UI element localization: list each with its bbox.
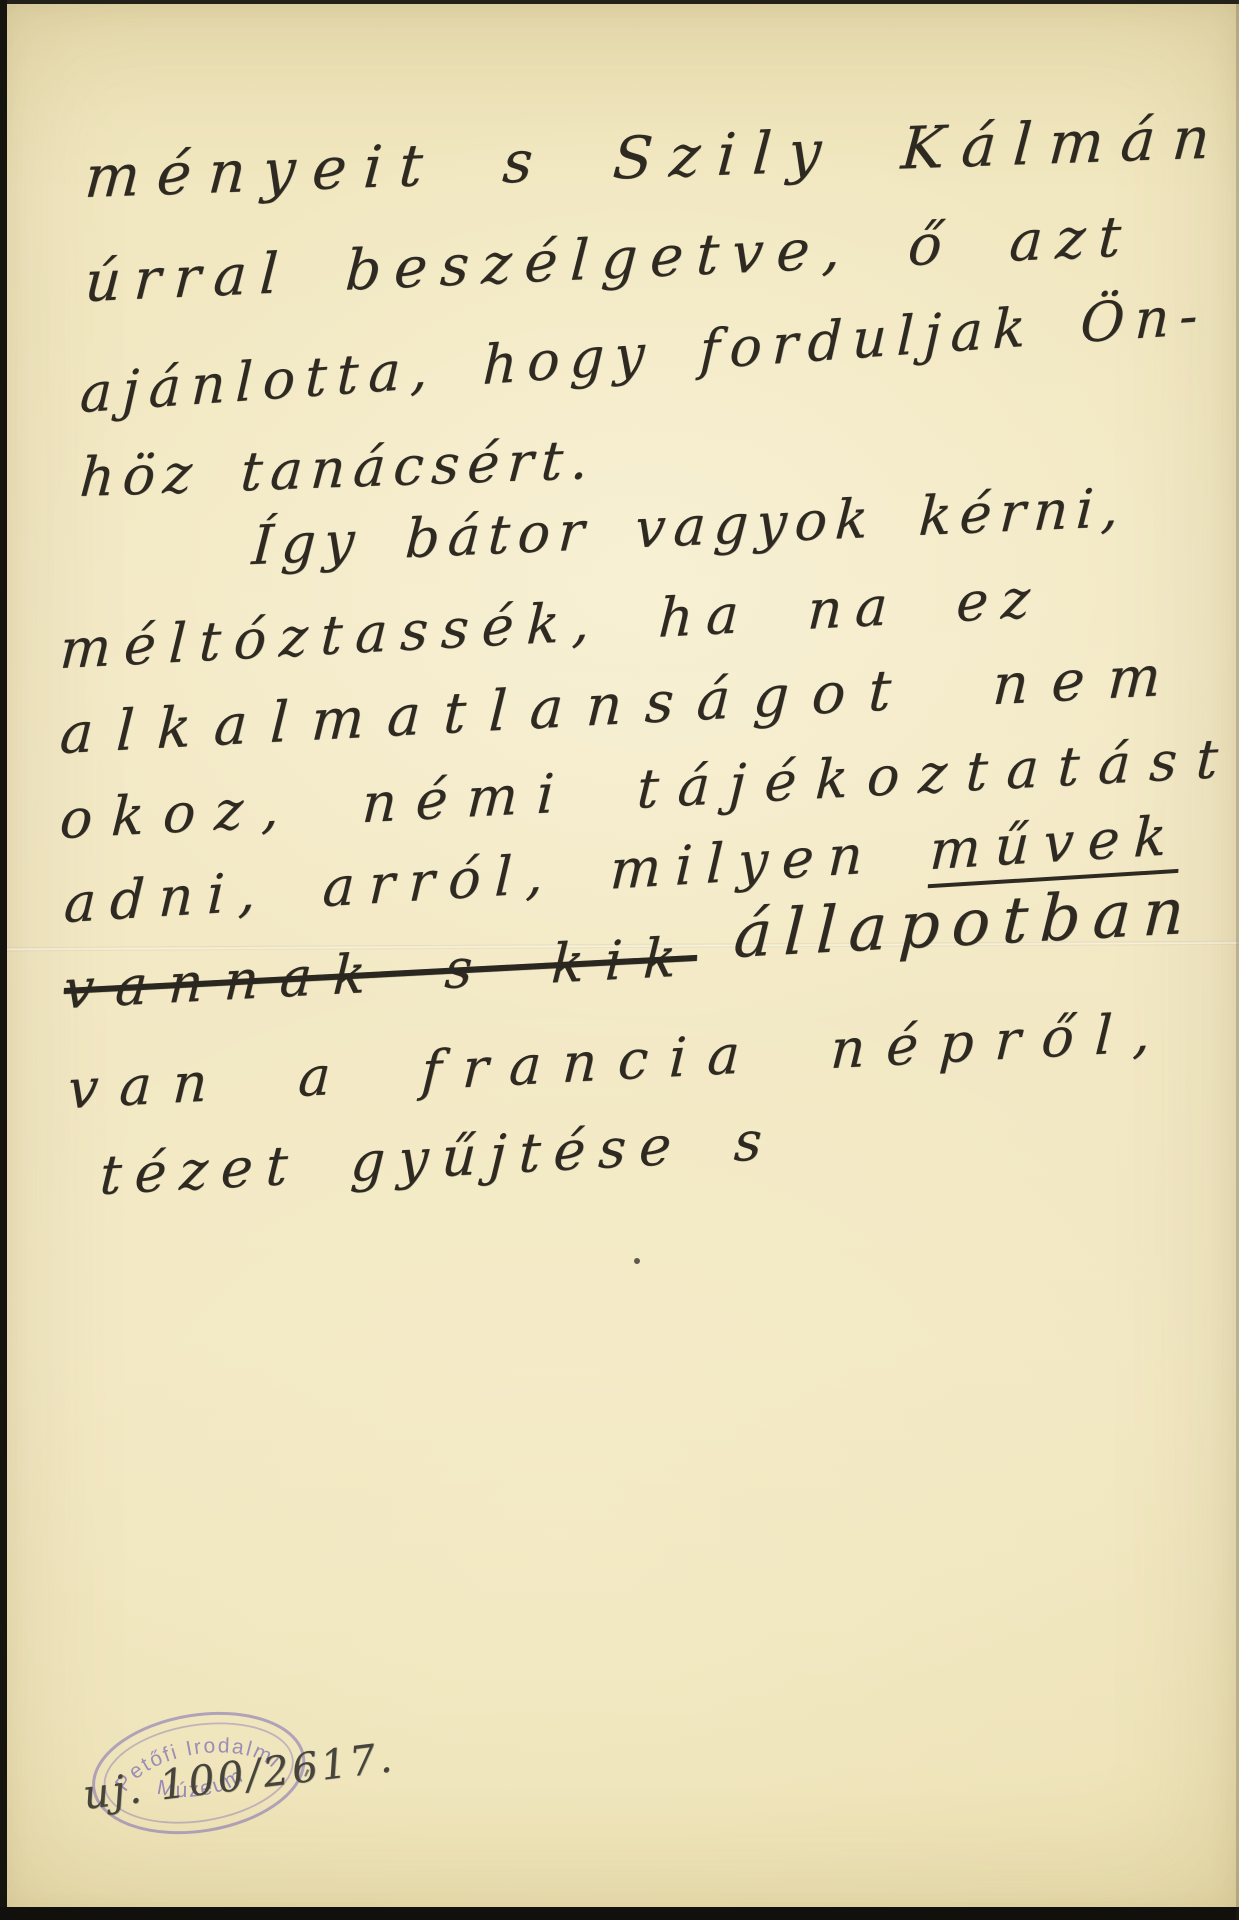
scanned-manuscript-page: ményeit s Szily Kálmán úrral beszélgetve… — [0, 0, 1239, 1920]
handwriting-line-4: höz tanácsért. — [78, 430, 598, 508]
handwriting-line-1: ményeit s Szily Kálmán — [83, 106, 1229, 210]
ink-speck — [634, 1258, 640, 1264]
scan-edge-top — [0, 0, 1239, 4]
struck-through-words: vannak s kik — [62, 925, 698, 1021]
handwriting-line-12: tézet gyűjtése s — [98, 1111, 776, 1206]
scan-edge-left — [0, 0, 7, 1920]
scan-edge-bottom — [0, 1907, 1239, 1920]
handwriting-line-11: van a francia népről, — [66, 1002, 1172, 1119]
handwriting-line-2: úrral beszélgetve, ő azt — [83, 206, 1136, 314]
inserted-word: állapotban — [732, 877, 1198, 972]
underlined-word: művek — [928, 804, 1182, 889]
